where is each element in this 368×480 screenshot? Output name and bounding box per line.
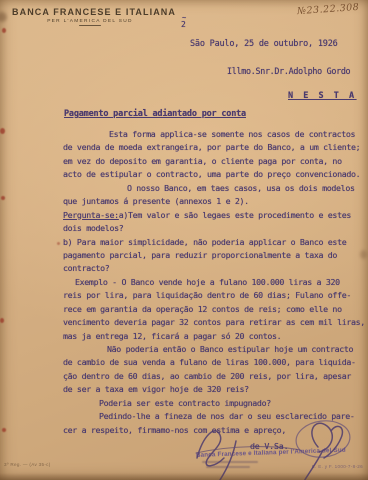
letterhead-bank-name: BANCA FRANCESE E ITALIANA xyxy=(12,7,168,17)
letter-line: pagamento parcial, para reduzir proporci… xyxy=(63,249,363,262)
underlined-lead-in: Pergunta-se: xyxy=(63,210,119,220)
letter-line: de ser a taxa em vigor hoje de 320 reis? xyxy=(63,383,363,396)
letter-line: Poderia ser este contracto impugnado? xyxy=(63,397,363,410)
paper-stain xyxy=(0,128,5,134)
paper-stain xyxy=(360,250,367,259)
letter-line: Pergunta-se:a)Tem valor e são legaes est… xyxy=(63,209,363,222)
microprint-smudge xyxy=(202,461,258,463)
letterhead-subtitle: PER L'AMERICA DEL SUD xyxy=(12,19,168,24)
letterhead: BANCA FRANCESE E ITALIANA PER L'AMERICA … xyxy=(12,7,168,26)
letter-line: Pedindo-lhe a fineza de nos dar o seu es… xyxy=(63,410,363,423)
letter-line: dois modelos? xyxy=(63,222,363,235)
letter-scan: BANCA FRANCESE E ITALIANA PER L'AMERICA … xyxy=(0,0,368,480)
page-mark: ~ 2 xyxy=(181,20,186,29)
letter-body: Esta forma applica-se somente nos casos … xyxy=(63,128,363,437)
date-line: São Paulo, 25 de outubro, 1926 xyxy=(190,39,338,49)
footer-print-right: E. E. y F. 1000-7-8-26 xyxy=(312,464,363,469)
letter-line: contracto? xyxy=(63,262,363,275)
paper-stain xyxy=(1,196,5,200)
paper-stain xyxy=(0,12,7,22)
letter-line: Esta forma applica-se somente nos casos … xyxy=(63,128,363,141)
paper-stain xyxy=(2,428,6,432)
letter-line: b) Para maior simplicidade, não poderia … xyxy=(63,236,363,249)
letter-line: de venda de moeda extrangeira, por parte… xyxy=(63,141,363,154)
letter-line: ção dentro de 60 dias, ao cambio de 200 … xyxy=(63,370,363,383)
bank-stamp-text: Banca Francese e Italiana per l'America … xyxy=(196,446,366,459)
letter-line: em vez do deposito em garantia, o client… xyxy=(63,155,363,168)
letter-line: O nosso Banco, em taes casos, usa os doi… xyxy=(63,182,363,195)
letter-line: Não poderia então o Banco estipular hoje… xyxy=(63,343,363,356)
letter-line: reis por lira, para liquidação dentro de… xyxy=(63,289,363,302)
nesta-line: N E S T A xyxy=(288,91,357,101)
letter-line: cer a respeito, firmamo-nos com estima e… xyxy=(63,424,363,437)
letter-line: que juntamos á presente (annexos 1 e 2). xyxy=(63,195,363,208)
letter-line: vencimento deveria pagar 32 contos para … xyxy=(63,316,363,329)
letter-line: mas ja entrega 12, ficará a pagar só 20 … xyxy=(63,330,363,343)
footer-print-left: 3º Reg. — (Av 35-c) xyxy=(4,462,51,467)
page-mark-tilde: ~ xyxy=(182,14,186,22)
letterhead-rule xyxy=(79,25,101,26)
microprint-smudge xyxy=(206,466,250,468)
handwritten-ref-number: №23.22.308 xyxy=(296,2,359,17)
letter-line: rece em garantia da operação 12 contos d… xyxy=(63,303,363,316)
subject-heading: Pagamento parcial adiantado por conta xyxy=(64,109,246,119)
paper-stain xyxy=(57,242,60,245)
paper-stain xyxy=(0,318,4,323)
addressee-line: Illmo.Snr.Dr.Adolpho Gordo xyxy=(227,66,350,76)
letter-line: de cambio de sua venda a fulano de liras… xyxy=(63,356,363,369)
paper-stain xyxy=(2,28,6,33)
letter-line: acto de estipular o contracto, uma parte… xyxy=(63,168,363,181)
letter-line: Exemplo - O Banco vende hoje a fulano 10… xyxy=(63,276,363,289)
